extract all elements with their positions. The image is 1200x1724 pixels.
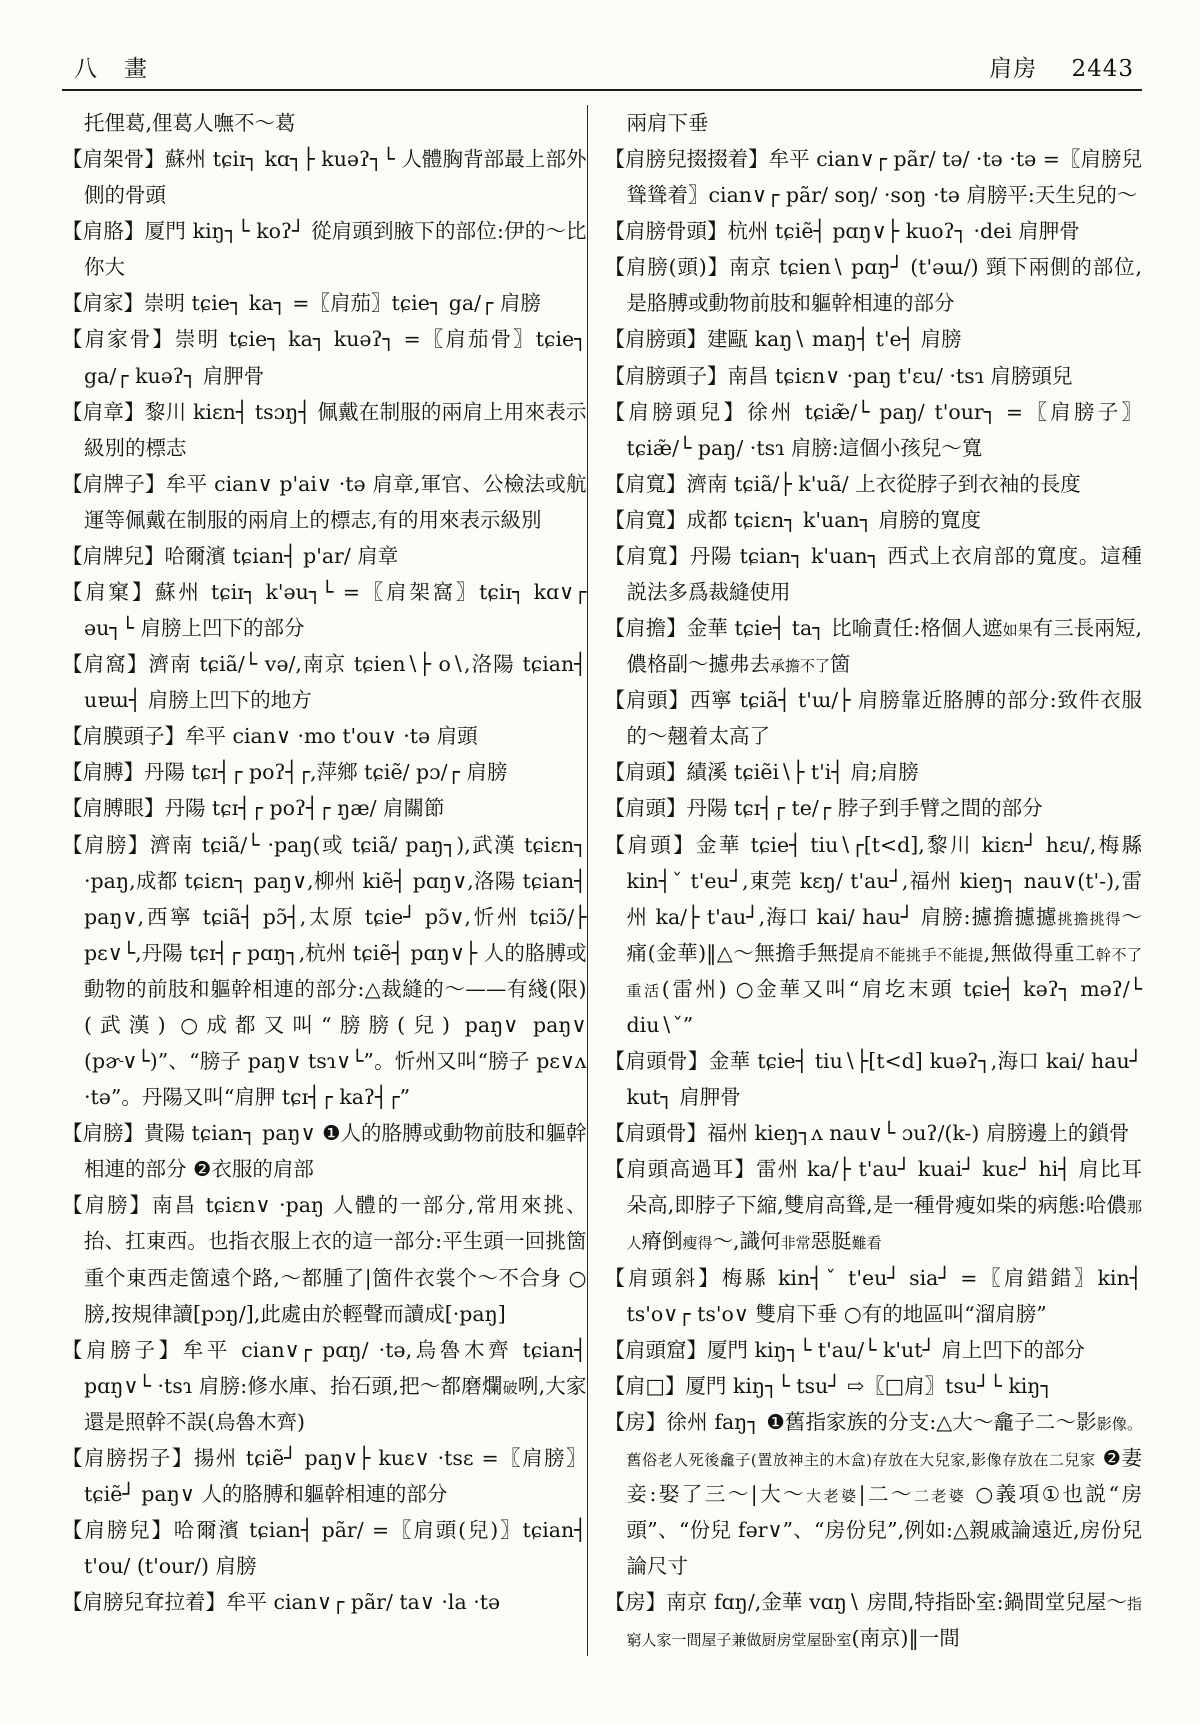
entry-text: 【肩膀骨頭】杭州 tɕiẽ┤ pɑŋ∨├ kuoʔ┐ ·dei 肩胛骨 <box>605 219 1080 243</box>
dictionary-entry: 【肩膀】濟南 tɕiã∕└ ·paŋ(或 tɕiã∕ paŋ┐),武漢 tɕiɛ… <box>62 827 587 1116</box>
entry-text: 【肩膊眼】丹陽 tɕɪ┤┌ poʔ┤┌ ŋæ∕ 肩關節 <box>62 796 445 820</box>
entry-text: 【肩頭】西寧 tɕiã┤ t'ɯ∕├ 肩膀靠近胳膊的部分:致件衣服的～翹着太高了 <box>605 688 1142 748</box>
entry-text: 【肩寬】丹陽 tɕian┐ k'uan┐ 西式上衣肩部的寬度。這種説法多爲裁縫使… <box>605 544 1142 604</box>
dictionary-entry: 【肩膀頭兒】徐州 tɕiæ̃∕└ paŋ∕ t'our┐ =〖肩膀子〗tɕiæ̃… <box>605 394 1142 466</box>
entry-gloss-small-text: 挑擔挑得 <box>1058 910 1122 928</box>
dictionary-entry: 【肩頭】金華 tɕie┤ tiu∖┌[t<d],黎川 kiɛn┘ hɛu∕,梅縣… <box>605 827 1142 1043</box>
entry-text: 箇 <box>830 652 851 676</box>
running-head: 肩房 2443 <box>989 50 1134 83</box>
dictionary-entry: 【肩頭】西寧 tɕiã┤ t'ɯ∕├ 肩膀靠近胳膊的部分:致件衣服的～翹着太高了 <box>605 682 1142 754</box>
dictionary-entry: 【肩窠】蘇州 tɕiɪ┐ k'əu┐└ =〖肩架窩〗tɕiɪ┐ kɑ∨┌ əu┐… <box>62 574 587 646</box>
header-rule <box>62 89 1142 91</box>
dictionary-entry: 【肩膀兒掇掇着】牟平 cian∨┌ pãr∕ tə∕ ·tə ·tə =〖肩膀兒… <box>605 141 1142 213</box>
dictionary-entry: 【肩寬】濟南 tɕiã∕├ k'uã∕ 上衣從脖子到衣袖的長度 <box>605 466 1142 502</box>
entry-text: 【房】徐州 faŋ┐ ❶舊指家族的分支:△大～龕子二～影 <box>605 1410 1097 1434</box>
entry-text: 【肩膀兒耷拉着】牟平 cian∨┌ pãr∕ ta∨ ·la ·tə <box>62 1590 500 1614</box>
dictionary-entry: 【肩章】黎川 kiɛn┤ tsɔŋ┤ 佩戴在制服的兩肩上用來表示級別的標志 <box>62 394 587 466</box>
dictionary-entry: 【肩膊】丹陽 tɕɪ┤┌ poʔ┤┌,萍鄉 tɕiẽ∕ pɔ∕┌ 肩膀 <box>62 754 587 790</box>
entry-text: 【肩頭高過耳】雷州 ka∕├ t'au┘ kuai┘ kuɛ┘ hi┤ 肩比耳朵… <box>605 1157 1142 1217</box>
entry-continuation: 兩肩下垂 <box>605 105 1142 141</box>
entry-text: 【肩膀頭兒】徐州 tɕiæ̃∕└ paŋ∕ t'our┐ =〖肩膀子〗tɕiæ̃… <box>605 400 1142 460</box>
dictionary-entry: 【肩頭】丹陽 tɕɪ┤┌ te∕┌ 脖子到手臂之間的部分 <box>605 790 1142 826</box>
entry-text: 【肩窩】濟南 tɕiã∕└ və∕,南京 tɕien∖├ o∖,洛陽 tɕian… <box>62 652 587 712</box>
entry-text: 【肩胳】厦門 kiŋ┐└ koʔ┘ 從肩頭到腋下的部位:伊的～比你大 <box>62 219 587 279</box>
entry-text: 【房】南京 fɑŋ∕,金華 vɑŋ∖ 房間,特指卧室:鍋間堂兒屋～ <box>605 1590 1127 1614</box>
entry-text: 兩肩下垂 <box>627 111 709 135</box>
entry-text: (雷州) ○金華又叫“肩圪末頭 tɕie┤ kəʔ┐ məʔ∕└ diu∖ˇ” <box>627 977 1142 1037</box>
entry-text: ,無做得重工 <box>984 941 1096 965</box>
entry-text: 【肩頭】績溪 tɕiẽi∖├ t'i┤ 肩;肩膀 <box>605 760 919 784</box>
entry-text: 【肩章】黎川 kiɛn┤ tsɔŋ┤ 佩戴在制服的兩肩上用來表示級別的標志 <box>62 400 587 460</box>
dictionary-entry: 【肩膊眼】丹陽 tɕɪ┤┌ poʔ┤┌ ŋæ∕ 肩關節 <box>62 790 587 826</box>
dictionary-entry: 【肩家】崇明 tɕie┐ ka┐ =〖肩茄〗tɕie┐ ga∕┌ 肩膀 <box>62 285 587 321</box>
entry-text: 【肩擔】金華 tɕie┤ ta┐ 比喻責任:格個人遮 <box>605 616 1003 640</box>
dictionary-entry: 【肩架骨】蘇州 tɕiɪ┐ kɑ┐├ kuəʔ┐└ 人體胸背部最上部外側的骨頭 <box>62 141 587 213</box>
dictionary-entry: 【肩頭斜】梅縣 kin┤ˇ t'eu┘ sia┘ =〖肩錯錯〗kin┤ ts'o… <box>605 1260 1142 1332</box>
entry-text: 瘠倒 <box>642 1229 683 1253</box>
dictionary-entry: 【肩窩】濟南 tɕiã∕└ və∕,南京 tɕien∖├ o∖,洛陽 tɕian… <box>62 646 587 718</box>
entry-gloss-small-text: 二老婆 <box>914 1487 966 1505</box>
entry-gloss-small-text: 破 <box>503 1379 518 1397</box>
entry-text: (南京)‖一間 <box>852 1626 960 1650</box>
dictionary-entry: 【肩膜頭子】牟平 cian∨ ·mo t'ou∨ ·tə 肩頭 <box>62 718 587 754</box>
dictionary-entry: 【肩家骨】崇明 tɕie┐ ka┐ kuəʔ┐ =〖肩茄骨〗tɕie┐ ga∕┌… <box>62 321 587 393</box>
page-number: 2443 <box>1071 56 1134 82</box>
entry-text: 【肩膀頭】建甌 kaŋ∖ maŋ┤ t'e┤ 肩膀 <box>605 327 962 351</box>
dictionary-entry: 【肩膀骨頭】杭州 tɕiẽ┤ pɑŋ∨├ kuoʔ┐ ·dei 肩胛骨 <box>605 213 1142 249</box>
dictionary-entry: 【肩膀子】牟平 cian∨┌ pɑŋ∕ ·tə,烏魯木齊 tɕian┤ pɑŋ∨… <box>62 1332 587 1440</box>
dictionary-entry: 【肩頭】績溪 tɕiẽi∖├ t'i┤ 肩;肩膀 <box>605 754 1142 790</box>
dictionary-entry: 【肩胳】厦門 kiŋ┐└ koʔ┘ 從肩頭到腋下的部位:伊的～比你大 <box>62 213 587 285</box>
dictionary-entry: 【肩牌兒】哈爾濱 tɕian┤ p'ar∕ 肩章 <box>62 538 587 574</box>
dictionary-entry: 【肩擔】金華 tɕie┤ ta┐ 比喻責任:格個人遮如果有三長兩短,儂格副～攄弗… <box>605 610 1142 682</box>
left-column: 托俚葛,俚葛人嘸不～葛【肩架骨】蘇州 tɕiɪ┐ kɑ┐├ kuəʔ┐└ 人體胸… <box>62 105 587 1620</box>
entry-gloss-small-text: 非常 <box>781 1234 811 1252</box>
dictionary-entry: 【肩膀兒】哈爾濱 tɕian┤ pãr∕ =〖肩頭(兒)〗tɕian┤ t'ou… <box>62 1512 587 1584</box>
dictionary-entry: 【房】南京 fɑŋ∕,金華 vɑŋ∖ 房間,特指卧室:鍋間堂兒屋～指窮人家一間屋… <box>605 1584 1142 1656</box>
section-title: 八 畫 <box>74 50 149 83</box>
dictionary-entry: 【肩頭骨】金華 tɕie┤ tiu∖├[t<d] kuəʔ┐,海口 kai∕ h… <box>605 1043 1142 1115</box>
dictionary-entry: 【肩頭骨】福州 kieŋ┐ʌ nau∨└ ɔuʔ∕(k-) 肩膀邊上的鎖骨 <box>605 1115 1142 1151</box>
entry-text: 【肩架骨】蘇州 tɕiɪ┐ kɑ┐├ kuəʔ┐└ 人體胸背部最上部外側的骨頭 <box>62 147 587 207</box>
entry-gloss-small-text: 承擔不了 <box>770 657 830 675</box>
entry-text: 【肩膀】南昌 tɕiɛn∨ ·paŋ 人體的一部分,常用來挑、抬、扛東西。也指衣… <box>62 1193 587 1325</box>
guide-word: 肩房 <box>989 56 1037 82</box>
entry-text: ～,識何 <box>713 1229 781 1253</box>
dictionary-entry: 【肩膀】南昌 tɕiɛn∨ ·paŋ 人體的一部分,常用來挑、抬、扛東西。也指衣… <box>62 1187 587 1331</box>
dictionary-entry: 【肩膀兒耷拉着】牟平 cian∨┌ pãr∕ ta∨ ·la ·tə <box>62 1584 587 1620</box>
dictionary-entry: 【肩□】厦門 kiŋ┐└ tsu┘ ⇨〖□肩〗tsu┘└ kiŋ┐ <box>605 1368 1142 1404</box>
entry-gloss-small-text: 大老婆 <box>806 1487 858 1505</box>
entry-text: 【肩膊】丹陽 tɕɪ┤┌ poʔ┤┌,萍鄉 tɕiẽ∕ pɔ∕┌ 肩膀 <box>62 760 507 784</box>
dictionary-entry: 【肩頭窟】厦門 kiŋ┐└ t'au∕└ k'ut┘ 肩上凹下的部分 <box>605 1332 1142 1368</box>
entry-text: 【肩頭】丹陽 tɕɪ┤┌ te∕┌ 脖子到手臂之間的部分 <box>605 796 1043 820</box>
entry-text: 【肩頭骨】金華 tɕie┤ tiu∖├[t<d] kuəʔ┐,海口 kai∕ h… <box>605 1049 1142 1109</box>
entry-text: 【肩□】厦門 kiŋ┐└ tsu┘ ⇨〖□肩〗tsu┘└ kiŋ┐ <box>605 1374 1053 1398</box>
entry-text: |二～ <box>859 1482 914 1506</box>
two-column-body: 托俚葛,俚葛人嘸不～葛【肩架骨】蘇州 tɕiɪ┐ kɑ┐├ kuəʔ┐└ 人體胸… <box>62 105 1142 1656</box>
dictionary-entry: 【肩寬】成都 tɕiɛn┐ k'uan┐ 肩膀的寬度 <box>605 502 1142 538</box>
entry-text: 惡脡 <box>811 1229 852 1253</box>
dictionary-page: 八 畫 肩房 2443 托俚葛,俚葛人嘸不～葛【肩架骨】蘇州 tɕiɪ┐ kɑ┐… <box>0 0 1200 1656</box>
entry-text: 托俚葛,俚葛人嘸不～葛 <box>84 111 296 135</box>
entry-text: 【肩膀】濟南 tɕiã∕└ ·paŋ(或 tɕiã∕ paŋ┐),武漢 tɕiɛ… <box>62 833 587 1110</box>
dictionary-entry: 【肩膀頭子】南昌 tɕiɛn∨ ·paŋ t'ɛu∕ ·tsɿ 肩膀頭兒 <box>605 358 1142 394</box>
entry-text: 【肩家】崇明 tɕie┐ ka┐ =〖肩茄〗tɕie┐ ga∕┌ 肩膀 <box>62 291 541 315</box>
entry-text: 【肩牌兒】哈爾濱 tɕian┤ p'ar∕ 肩章 <box>62 544 398 568</box>
entry-gloss-small-text: 瘦得 <box>683 1234 713 1252</box>
dictionary-entry: 【肩頭高過耳】雷州 ka∕├ t'au┘ kuai┘ kuɛ┘ hi┤ 肩比耳朵… <box>605 1151 1142 1259</box>
dictionary-entry: 【肩膀拐子】揚州 tɕiẽ┘ paŋ∨├ kuɛ∨ ·tsɛ =〖肩膀〗tɕiẽ… <box>62 1440 587 1512</box>
entry-gloss-small-text: 如果 <box>1003 621 1033 639</box>
entry-text: 【肩窠】蘇州 tɕiɪ┐ k'əu┐└ =〖肩架窩〗tɕiɪ┐ kɑ∨┌ əu┐… <box>62 580 587 640</box>
entry-text: 【肩牌子】牟平 cian∨ p'ai∨ ·tə 肩章,軍官、公檢法或航運等佩戴在… <box>62 472 587 532</box>
entry-text: 【肩膀拐子】揚州 tɕiẽ┘ paŋ∨├ kuɛ∨ ·tsɛ =〖肩膀〗tɕiẽ… <box>62 1446 587 1506</box>
page-header: 八 畫 肩房 2443 <box>62 50 1142 89</box>
entry-text: 【肩寬】成都 tɕiɛn┐ k'uan┐ 肩膀的寬度 <box>605 508 982 532</box>
entry-text: 【肩膀(頭)】南京 tɕien∖ pɑŋ┘ (t'əɯ∕) 頸下兩側的部位,是胳… <box>605 255 1142 315</box>
dictionary-entry: 【肩膀頭】建甌 kaŋ∖ maŋ┤ t'e┤ 肩膀 <box>605 321 1142 357</box>
entry-text: 【肩膀】貴陽 tɕian┐ paŋ∨ ❶人的胳膊或動物前肢和軀幹相連的部分 ❷衣… <box>62 1121 587 1181</box>
entry-text: 【肩寬】濟南 tɕiã∕├ k'uã∕ 上衣從脖子到衣袖的長度 <box>605 472 1081 496</box>
dictionary-entry: 【肩膀(頭)】南京 tɕien∖ pɑŋ┘ (t'əɯ∕) 頸下兩側的部位,是胳… <box>605 249 1142 321</box>
right-column: 兩肩下垂【肩膀兒掇掇着】牟平 cian∨┌ pãr∕ tə∕ ·tə ·tə =… <box>587 105 1142 1656</box>
dictionary-entry: 【肩膀】貴陽 tɕian┐ paŋ∨ ❶人的胳膊或動物前肢和軀幹相連的部分 ❷衣… <box>62 1115 587 1187</box>
dictionary-entry: 【肩牌子】牟平 cian∨ p'ai∨ ·tə 肩章,軍官、公檢法或航運等佩戴在… <box>62 466 587 538</box>
entry-text: 【肩膀兒掇掇着】牟平 cian∨┌ pãr∕ tə∕ ·tə ·tə =〖肩膀兒… <box>605 147 1142 207</box>
entry-text: 【肩膀兒】哈爾濱 tɕian┤ pãr∕ =〖肩頭(兒)〗tɕian┤ t'ou… <box>62 1518 587 1578</box>
entry-gloss-small-text: 肩不能挑手不能提 <box>859 946 983 964</box>
entry-continuation: 托俚葛,俚葛人嘸不～葛 <box>62 105 587 141</box>
entry-text: 【肩膜頭子】牟平 cian∨ ·mo t'ou∨ ·tə 肩頭 <box>62 724 478 748</box>
entry-text: 【肩膀頭子】南昌 tɕiɛn∨ ·paŋ t'ɛu∕ ·tsɿ 肩膀頭兒 <box>605 364 1073 388</box>
entry-text: 【肩頭斜】梅縣 kin┤ˇ t'eu┘ sia┘ =〖肩錯錯〗kin┤ ts'o… <box>605 1266 1142 1326</box>
dictionary-entry: 【房】徐州 faŋ┐ ❶舊指家族的分支:△大～龕子二～影影像。舊俗老人死後龕子(… <box>605 1404 1142 1584</box>
dictionary-entry: 【肩寬】丹陽 tɕian┐ k'uan┐ 西式上衣肩部的寬度。這種説法多爲裁縫使… <box>605 538 1142 610</box>
entry-text: 【肩家骨】崇明 tɕie┐ ka┐ kuəʔ┐ =〖肩茄骨〗tɕie┐ ga∕┌… <box>62 327 587 387</box>
entry-text: 【肩頭窟】厦門 kiŋ┐└ t'au∕└ k'ut┘ 肩上凹下的部分 <box>605 1338 1085 1362</box>
entry-gloss-small-text: 難看 <box>852 1234 882 1252</box>
entry-text: 【肩頭骨】福州 kieŋ┐ʌ nau∨└ ɔuʔ∕(k-) 肩膀邊上的鎖骨 <box>605 1121 1130 1145</box>
